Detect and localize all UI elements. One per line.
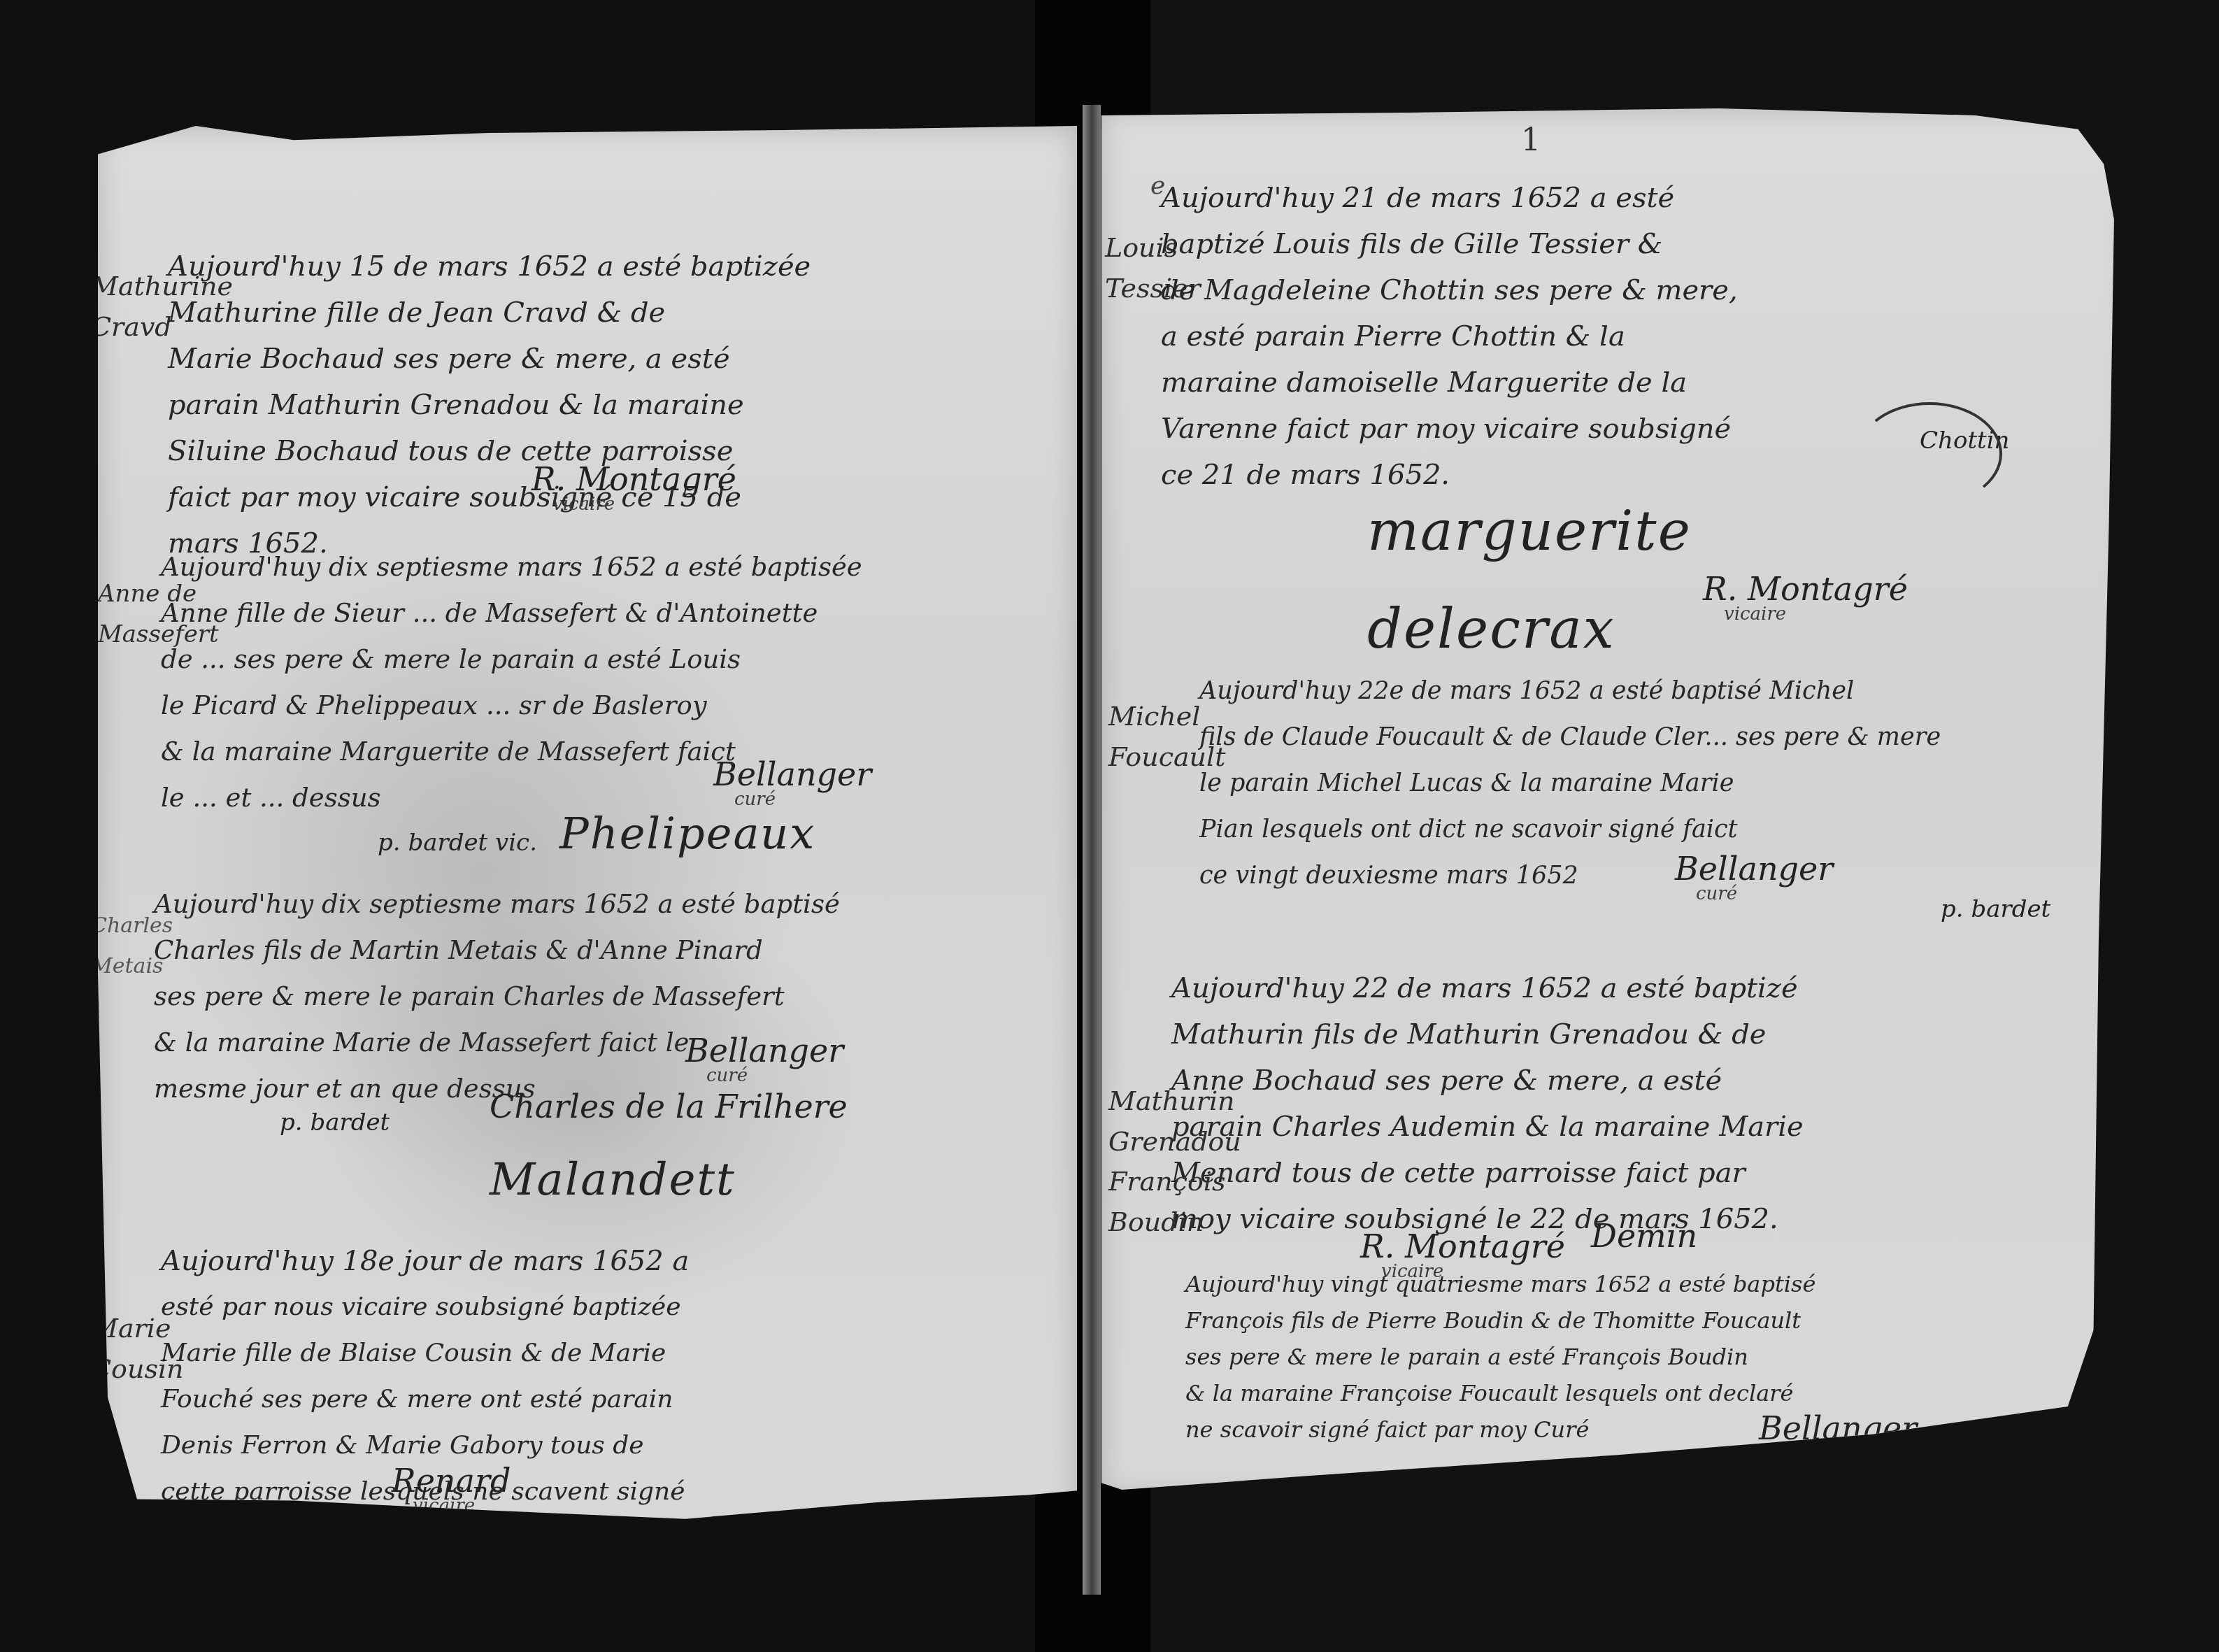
signature: Demin [1591, 1217, 1697, 1255]
entry-line: baptizé Louis fils de Gille Tessier & [1161, 221, 1738, 267]
signature: Bellanger curé [685, 1032, 843, 1086]
entry-line: Anne Bochaud ses pere & mere, a esté [1171, 1058, 1804, 1104]
folio-number: 1 [1521, 122, 1541, 158]
entry-line: ses pere & mere le parain a esté Françoi… [1185, 1339, 1815, 1375]
entry-line: parain Mathurin Grenadou & la maraine [168, 382, 811, 428]
signature: Phelipeaux [559, 808, 815, 859]
entry-line: Aujourd'huy 21 de mars 1652 a esté [1161, 175, 1738, 221]
entry-line: Marie fille de Blaise Cousin & de Marie [161, 1330, 689, 1376]
signature-flourish [1857, 402, 2002, 506]
entry-line: parain Charles Audemin & la maraine Mari… [1171, 1104, 1804, 1150]
signature: Charles de la Frilhere [490, 1088, 848, 1125]
signature: R. Montagré vicaire [531, 460, 736, 515]
baptism-entry: Aujourd'huy 22 de mars 1652 a esté bapti… [1171, 965, 1804, 1242]
entry-line: Aujourd'huy vingt quatriesme mars 1652 a… [1185, 1266, 1815, 1302]
entry-line: Anne fille de Sieur ... de Massefert & d… [161, 590, 862, 636]
entry-line: Mathurin fils de Mathurin Grenadou & de [1171, 1011, 1804, 1058]
entry-line: le Picard & Phelippeaux ... sr de Basler… [161, 683, 862, 729]
entry-line: ne scavoir signé faict par moy Curé [1185, 1411, 1815, 1448]
entry-line: Varenne faict par moy vicaire soubsigné [1161, 406, 1738, 452]
entry-line: Charles fils de Martin Metais & d'Anne P… [154, 927, 840, 974]
entry-line: ce 21 de mars 1652. [1161, 452, 1738, 498]
entry-line: François fils de Pierre Boudin & de Thom… [1185, 1302, 1815, 1339]
entry-line: de ... ses pere & mere le parain a esté … [161, 636, 862, 683]
margin-name: François Boudin [1108, 1161, 1225, 1242]
signature: Bellanger curé [1675, 850, 1833, 904]
entry-line: Pian lesquels ont dict ne scavoir signé … [1199, 806, 1941, 853]
signature: p. bardet vic. [378, 829, 537, 857]
entry-line: Marie Bochaud ses pere & mere, a esté [168, 336, 811, 382]
entry-line: & la maraine Françoise Foucault lesquels… [1185, 1375, 1815, 1411]
entry-line: Aujourd'huy dix septiesme mars 1652 a es… [161, 544, 862, 590]
entry-line: Menard tous de cette parroisse faict par [1171, 1150, 1804, 1196]
entry-line: fils de Claude Foucault & de Claude Cler… [1199, 714, 1941, 760]
book-gutter [1083, 105, 1101, 1595]
signature: R. Montagré vicaire [1703, 570, 1908, 625]
right-page: 1 e Louis Tessier Aujourd'huy 21 de mars… [1101, 108, 2129, 1497]
signature: p. bardet [280, 1109, 390, 1137]
signature: delecrax [1367, 598, 1615, 661]
entry-line: Aujourd'huy 22e de mars 1652 a esté bapt… [1199, 668, 1941, 714]
left-page: Mathurine Cravd Aujourd'huy 15 de mars 1… [98, 126, 1077, 1539]
entry-line: Aujourd'huy 15 de mars 1652 a esté bapti… [168, 243, 811, 290]
entry-line: Mathurine fille de Jean Cravd & de [168, 290, 811, 336]
entry-line: esté par nous vicaire soubsigné baptizée [161, 1284, 689, 1330]
entry-line: Fouché ses pere & mere ont esté parain [161, 1376, 689, 1423]
baptism-entry: Aujourd'huy vingt quatriesme mars 1652 a… [1185, 1266, 1815, 1448]
signature: marguerite [1367, 500, 1692, 563]
entry-line: le parain Michel Lucas & la maraine Mari… [1199, 760, 1941, 806]
entry-line: maraine damoiselle Marguerite de la [1161, 359, 1738, 406]
signature: p. bardet [1941, 895, 2050, 923]
baptism-entry: Aujourd'huy 21 de mars 1652 a esté bapti… [1161, 175, 1738, 498]
entry-line: Aujourd'huy 22 de mars 1652 a esté bapti… [1171, 965, 1804, 1011]
baptism-entry: Aujourd'huy 15 de mars 1652 a esté bapti… [168, 243, 811, 567]
entry-line: Aujourd'huy dix septiesme mars 1652 a es… [154, 881, 840, 927]
signature: Malandett [490, 1154, 736, 1206]
signature: Bellanger curé [713, 755, 871, 810]
entry-line: ses pere & mere le parain Charles de Mas… [154, 974, 840, 1020]
entry-line: a esté parain Pierre Chottin & la [1161, 313, 1738, 359]
entry-line: de Magdeleine Chottin ses pere & mere, [1161, 267, 1738, 313]
entry-line: Aujourd'huy 18e jour de mars 1652 a [161, 1238, 689, 1284]
